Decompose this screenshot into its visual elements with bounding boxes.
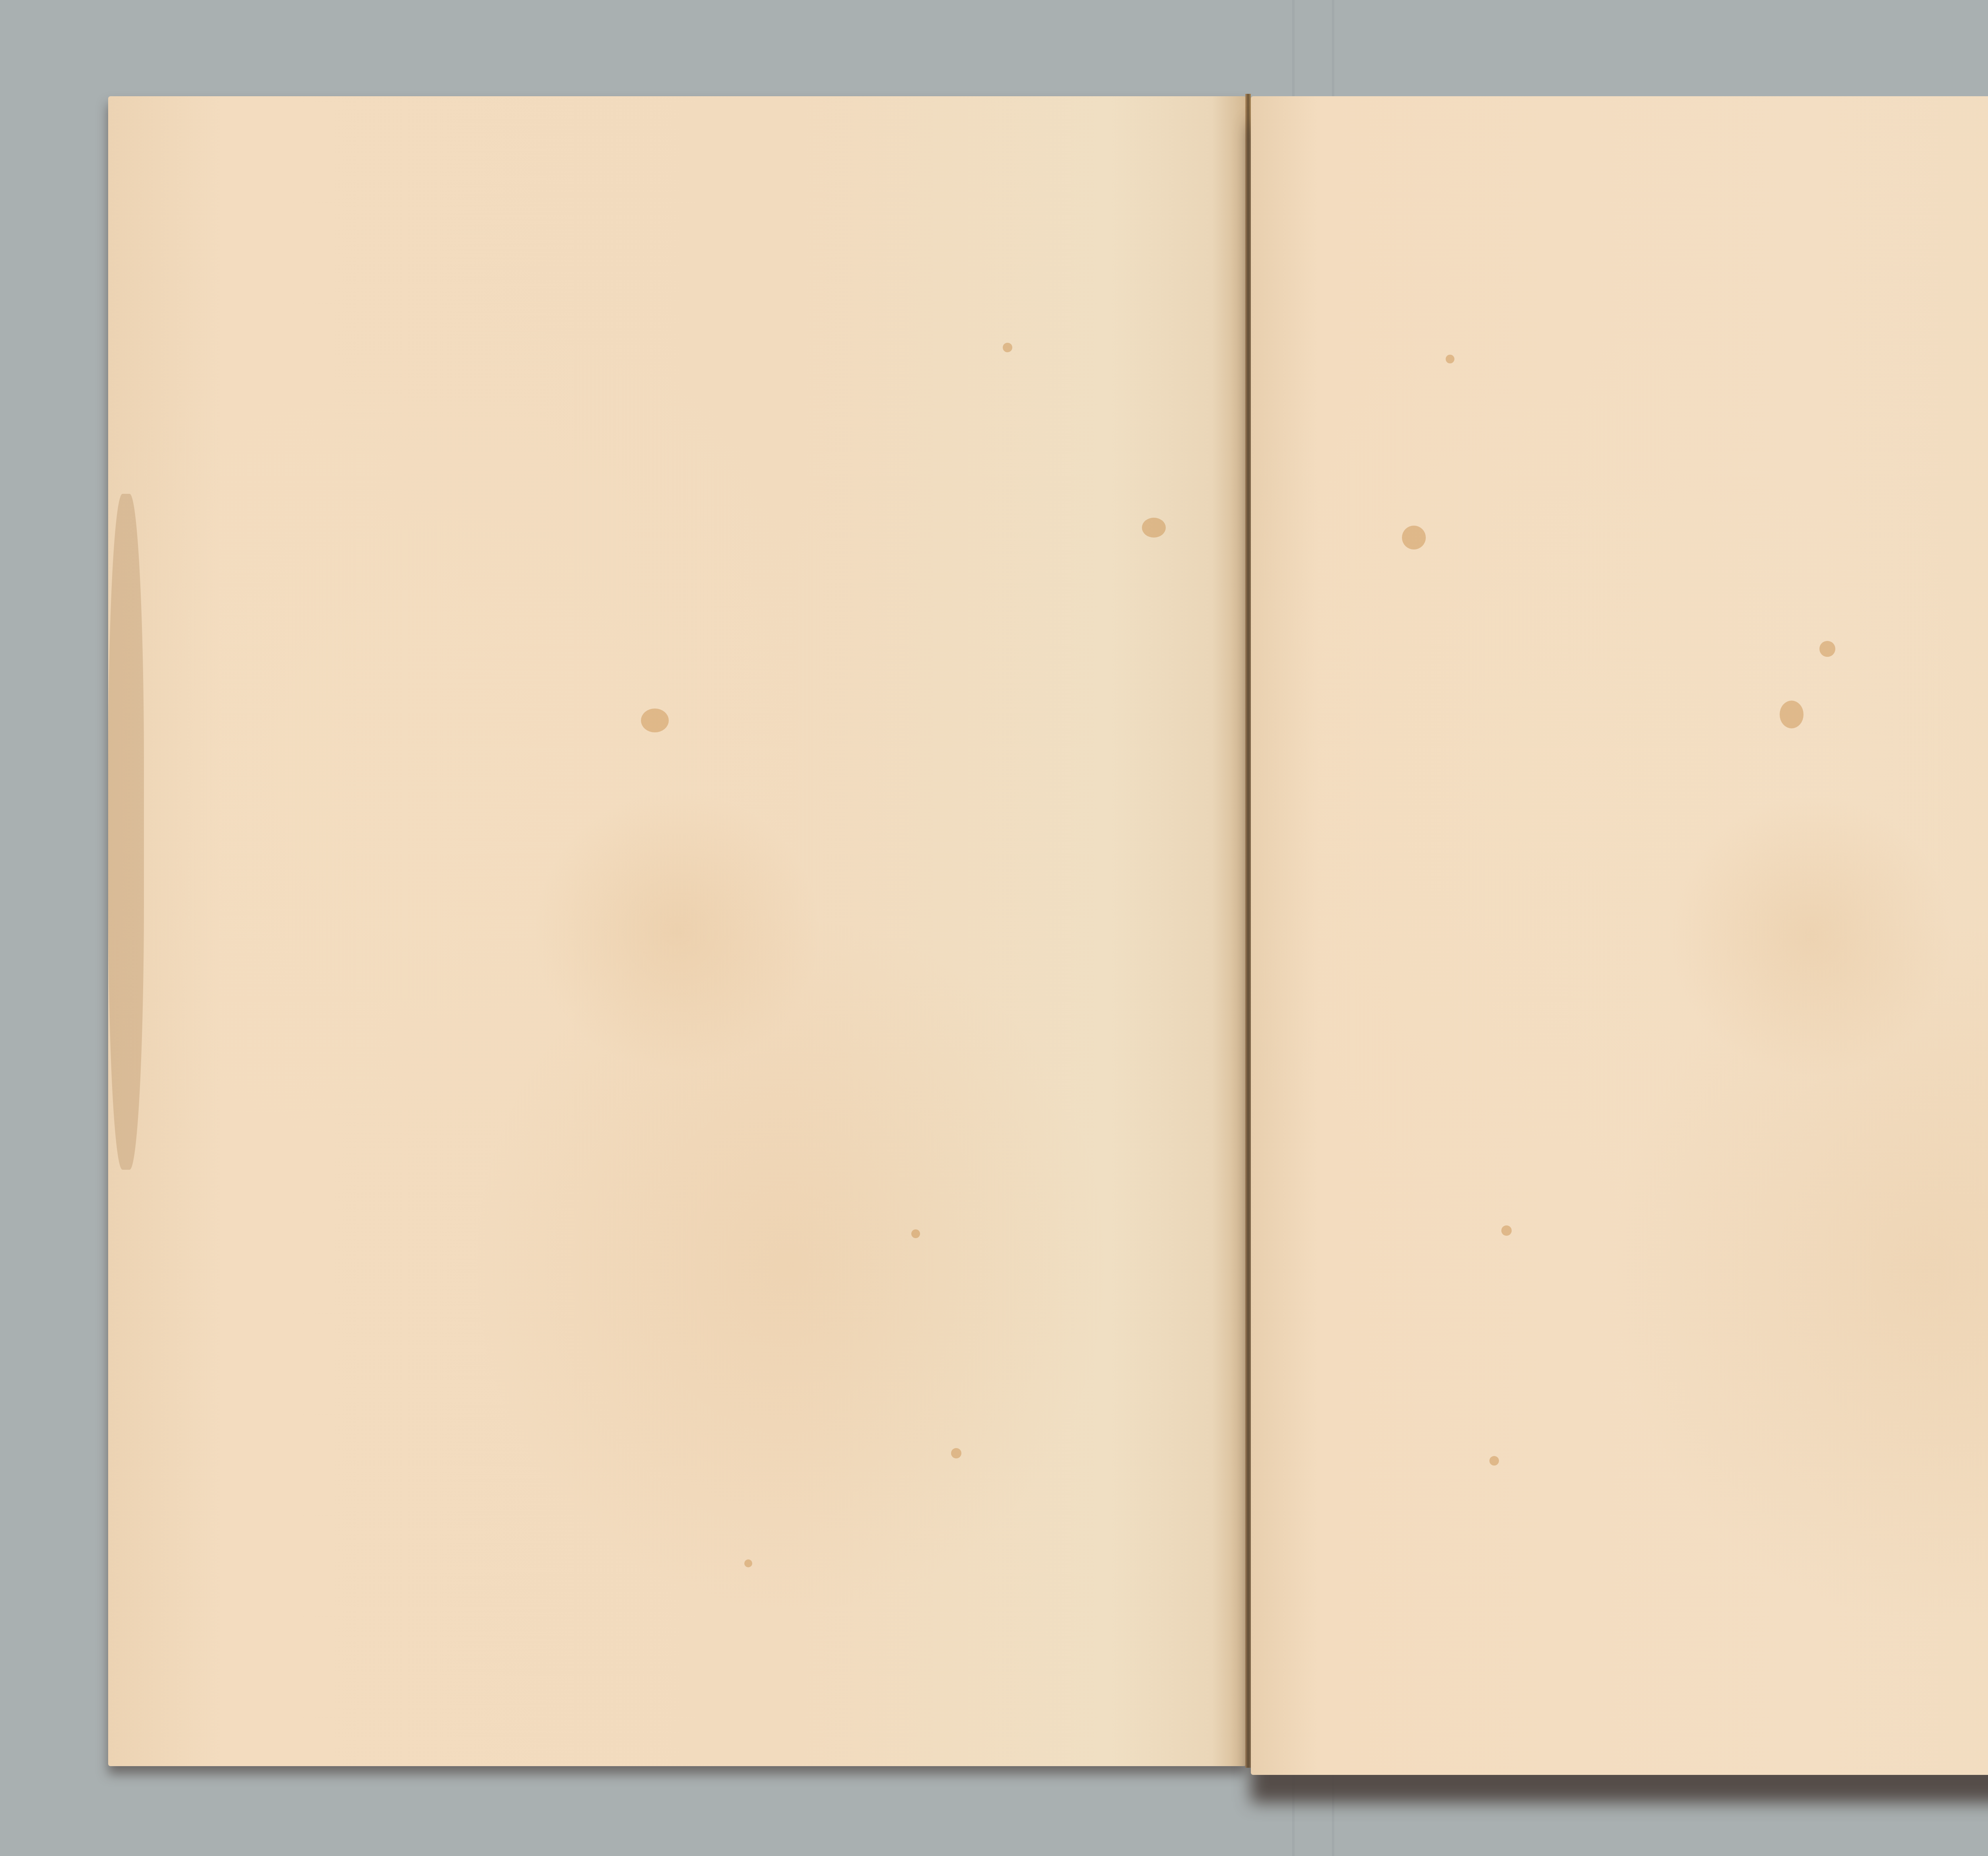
water-stain [108, 494, 144, 1170]
foxing-spot [1780, 701, 1804, 728]
foxing-spot [911, 1229, 920, 1238]
foxing-spot [1003, 343, 1012, 352]
foxing-spot [641, 709, 669, 732]
book-gutter [1245, 94, 1251, 1768]
foxing-spot [1501, 1225, 1512, 1236]
left-page [108, 96, 1246, 1766]
right-page [1251, 96, 1988, 1775]
foxing-spot [1142, 518, 1166, 538]
foxing-spot [951, 1448, 961, 1458]
foxing-spot [1446, 355, 1454, 363]
foxing-spot [1819, 641, 1835, 657]
foxing-spot [1489, 1456, 1499, 1466]
foxing-spot [1402, 526, 1426, 549]
foxing-spot [744, 1559, 752, 1567]
